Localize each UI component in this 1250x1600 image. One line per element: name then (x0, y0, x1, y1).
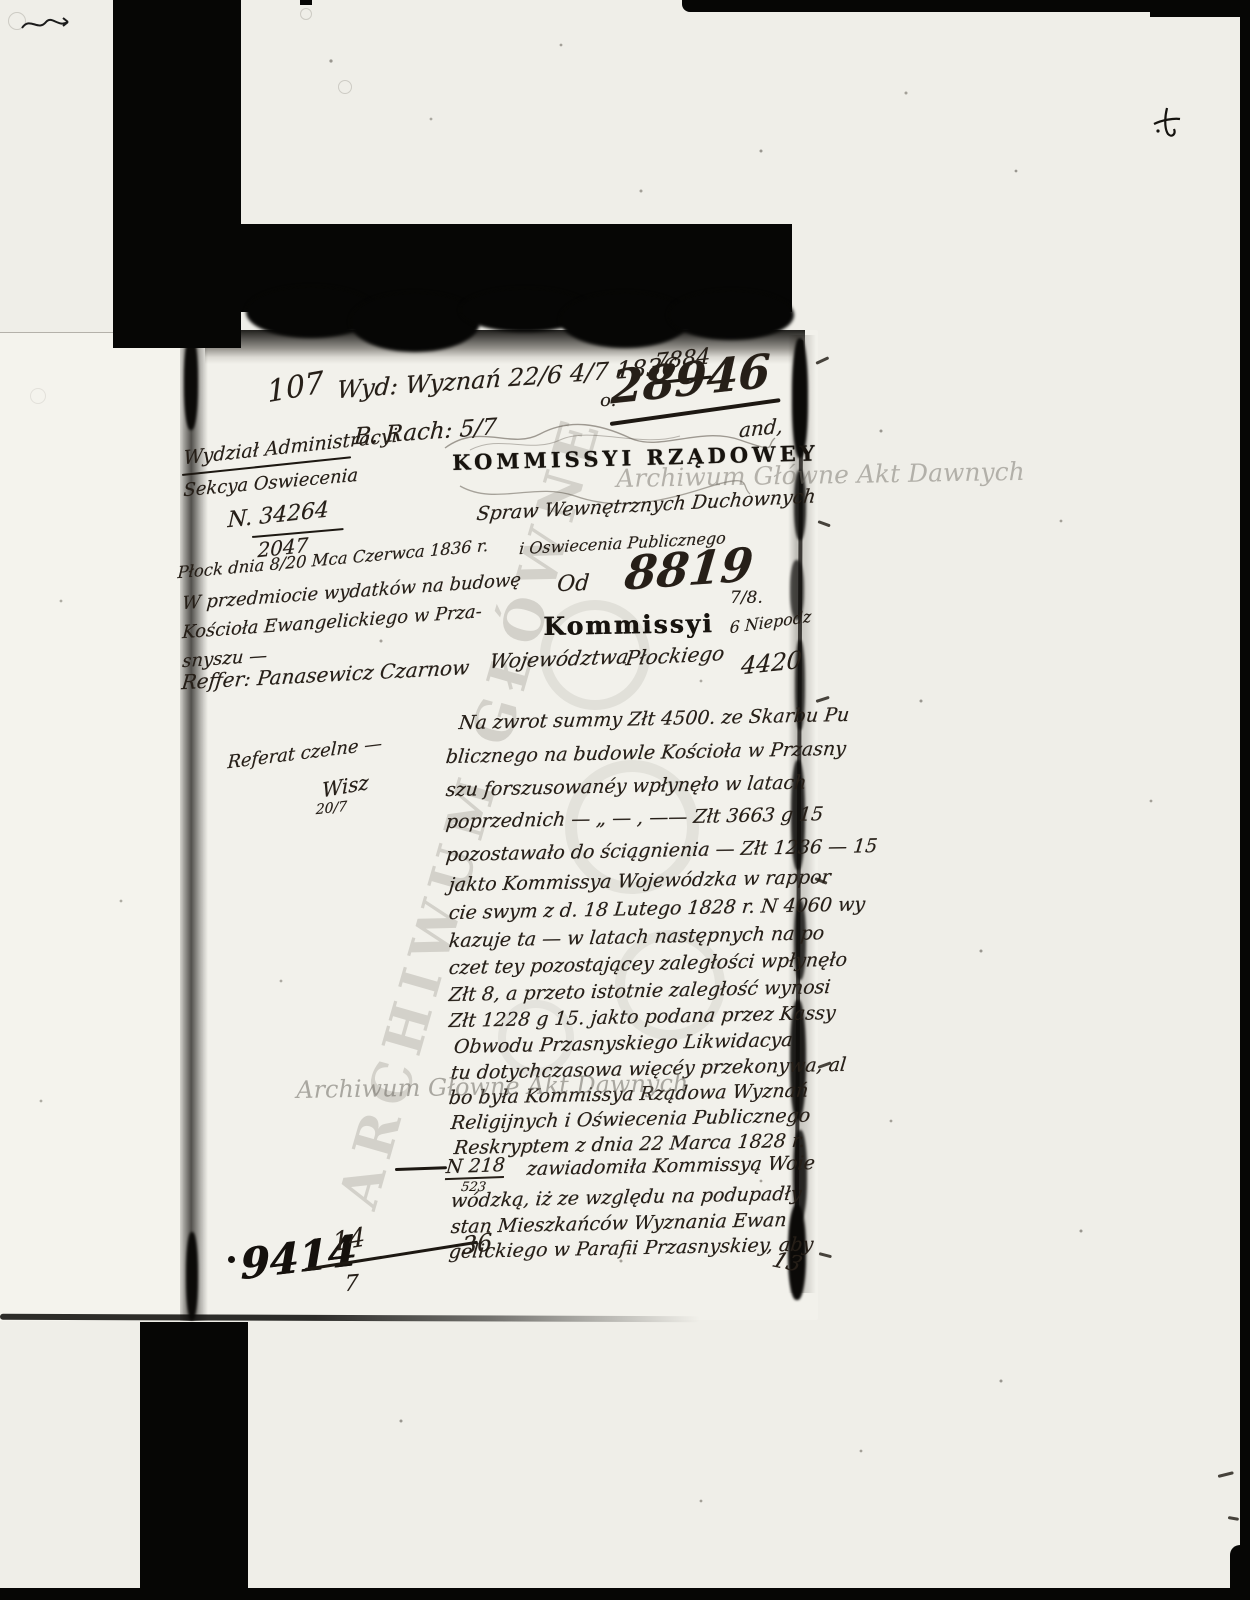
film-dust (0, 0, 2, 2)
page-edge-wave (350, 292, 480, 352)
film-band-top-left (113, 0, 241, 348)
film-scratch (1228, 1516, 1239, 1521)
od-label: Od (556, 571, 590, 597)
film-strip-top-right (1150, 0, 1250, 17)
letterhead-number-frac: 7/8. (730, 588, 763, 608)
film-ring (300, 8, 312, 20)
bottom-year: 36 (462, 1228, 492, 1261)
binding-tick (819, 1252, 832, 1258)
margin-referat-date: 20/7 (315, 799, 347, 818)
body-n218: N 218 (445, 1154, 506, 1180)
bottom-frac-bottom: 7 (344, 1271, 359, 1297)
gutter-dark-top (184, 335, 198, 430)
bottom-frac-top: 14 (332, 1222, 366, 1258)
film-cross-mark (1150, 102, 1184, 142)
left-page (0, 332, 183, 1321)
archive-watermark-top: Archiwum Główne Akt Dawnych (616, 457, 1025, 493)
voivodeship-label: Województwa (488, 644, 631, 673)
letterhead-org: Kommissyi (543, 609, 714, 641)
film-squiggle-mark (20, 12, 72, 38)
film-ring (30, 388, 46, 404)
gutter-dark-bottom (186, 1232, 198, 1320)
film-band-bottom-left (140, 1322, 248, 1600)
film-top-tick (300, 0, 312, 5)
film-edge-right (1240, 8, 1250, 1592)
film-corner-bottom-right (1230, 1545, 1250, 1600)
page-edge-wave (668, 290, 794, 340)
film-ring (338, 80, 352, 94)
ink-dot (228, 1256, 235, 1263)
microfilm-scan: ARCHIWUM GŁÓWNE 107 Wyd: Wyznań 22/6 4/7… (0, 0, 1250, 1600)
film-strip-bottom (0, 1588, 1250, 1600)
binding-tick (817, 520, 830, 527)
film-scratch (1218, 1471, 1234, 1478)
